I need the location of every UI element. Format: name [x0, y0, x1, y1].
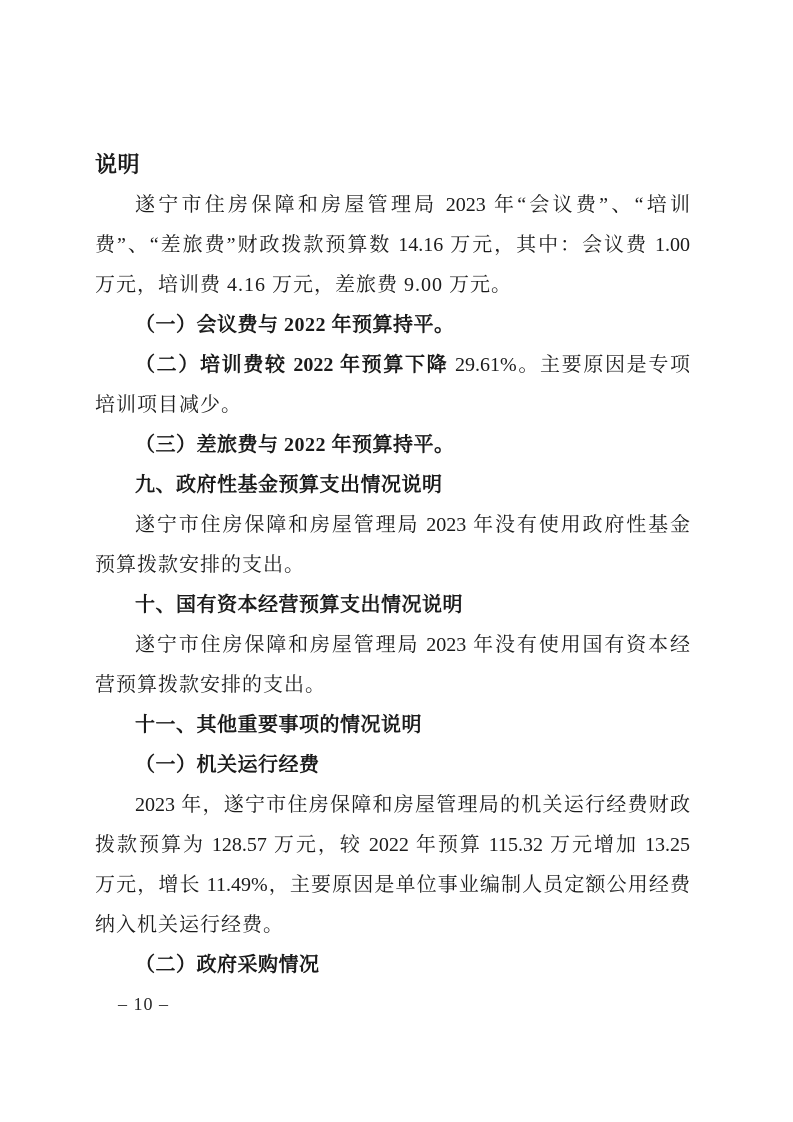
document-page: 说明 遂宁市住房保障和房屋管理局 2023 年“会议费”、“培训 费”、“差旅费… [0, 0, 793, 1122]
para-state-capital-line-1: 遂宁市住房保障和房屋管理局 2023 年没有使用国有资本经 [95, 625, 690, 665]
para-operating-expense-line-3: 万元，增长 11.49%，主要原因是单位事业编制人员定额公用经费 [95, 865, 690, 905]
item-2-training-fee-heading: （二）培训费较 2022 年预算下降 29.61%。主要原因是专项 [95, 345, 690, 385]
item-1-meeting-fee-heading: （一）会议费与 2022 年预算持平。 [95, 305, 690, 345]
para-operating-expense-line-1: 2023 年，遂宁市住房保障和房屋管理局的机关运行经费财政 [95, 785, 690, 825]
document-body: 说明 遂宁市住房保障和房屋管理局 2023 年“会议费”、“培训 费”、“差旅费… [95, 145, 690, 985]
para-operating-expense-line-4: 纳入机关运行经费。 [95, 905, 690, 945]
para-gov-fund-line-2: 预算拨款安排的支出。 [95, 545, 690, 585]
para-fees-line-1: 遂宁市住房保障和房屋管理局 2023 年“会议费”、“培训 [95, 185, 690, 225]
section-9-heading: 九、政府性基金预算支出情况说明 [95, 465, 690, 505]
section-10-heading: 十、国有资本经营预算支出情况说明 [95, 585, 690, 625]
item-2-bold-text: （二）培训费较 2022 年预算下降 [135, 354, 455, 376]
sub-item-1-operating-expense-heading: （一）机关运行经费 [95, 745, 690, 785]
para-fees-line-3: 万元，培训费 4.16 万元，差旅费 9.00 万元。 [95, 265, 690, 305]
heading-shuoming: 说明 [95, 145, 690, 185]
para-operating-expense-line-2: 拨款预算为 128.57 万元，较 2022 年预算 115.32 万元增加 1… [95, 825, 690, 865]
para-fees-line-2: 费”、“差旅费”财政拨款预算数 14.16 万元，其中：会议费 1.00 [95, 225, 690, 265]
sub-item-2-procurement-heading: （二）政府采购情况 [95, 945, 690, 985]
para-gov-fund-line-1: 遂宁市住房保障和房屋管理局 2023 年没有使用政府性基金 [95, 505, 690, 545]
item-2-normal-text: 29.61%。主要原因是专项 [455, 354, 690, 376]
para-state-capital-line-2: 营预算拨款安排的支出。 [95, 665, 690, 705]
page-number: – 10 – [118, 994, 169, 1014]
item-2-continuation-line: 培训项目减少。 [95, 385, 690, 425]
item-3-travel-fee-heading: （三）差旅费与 2022 年预算持平。 [95, 425, 690, 465]
section-11-heading: 十一、其他重要事项的情况说明 [95, 705, 690, 745]
